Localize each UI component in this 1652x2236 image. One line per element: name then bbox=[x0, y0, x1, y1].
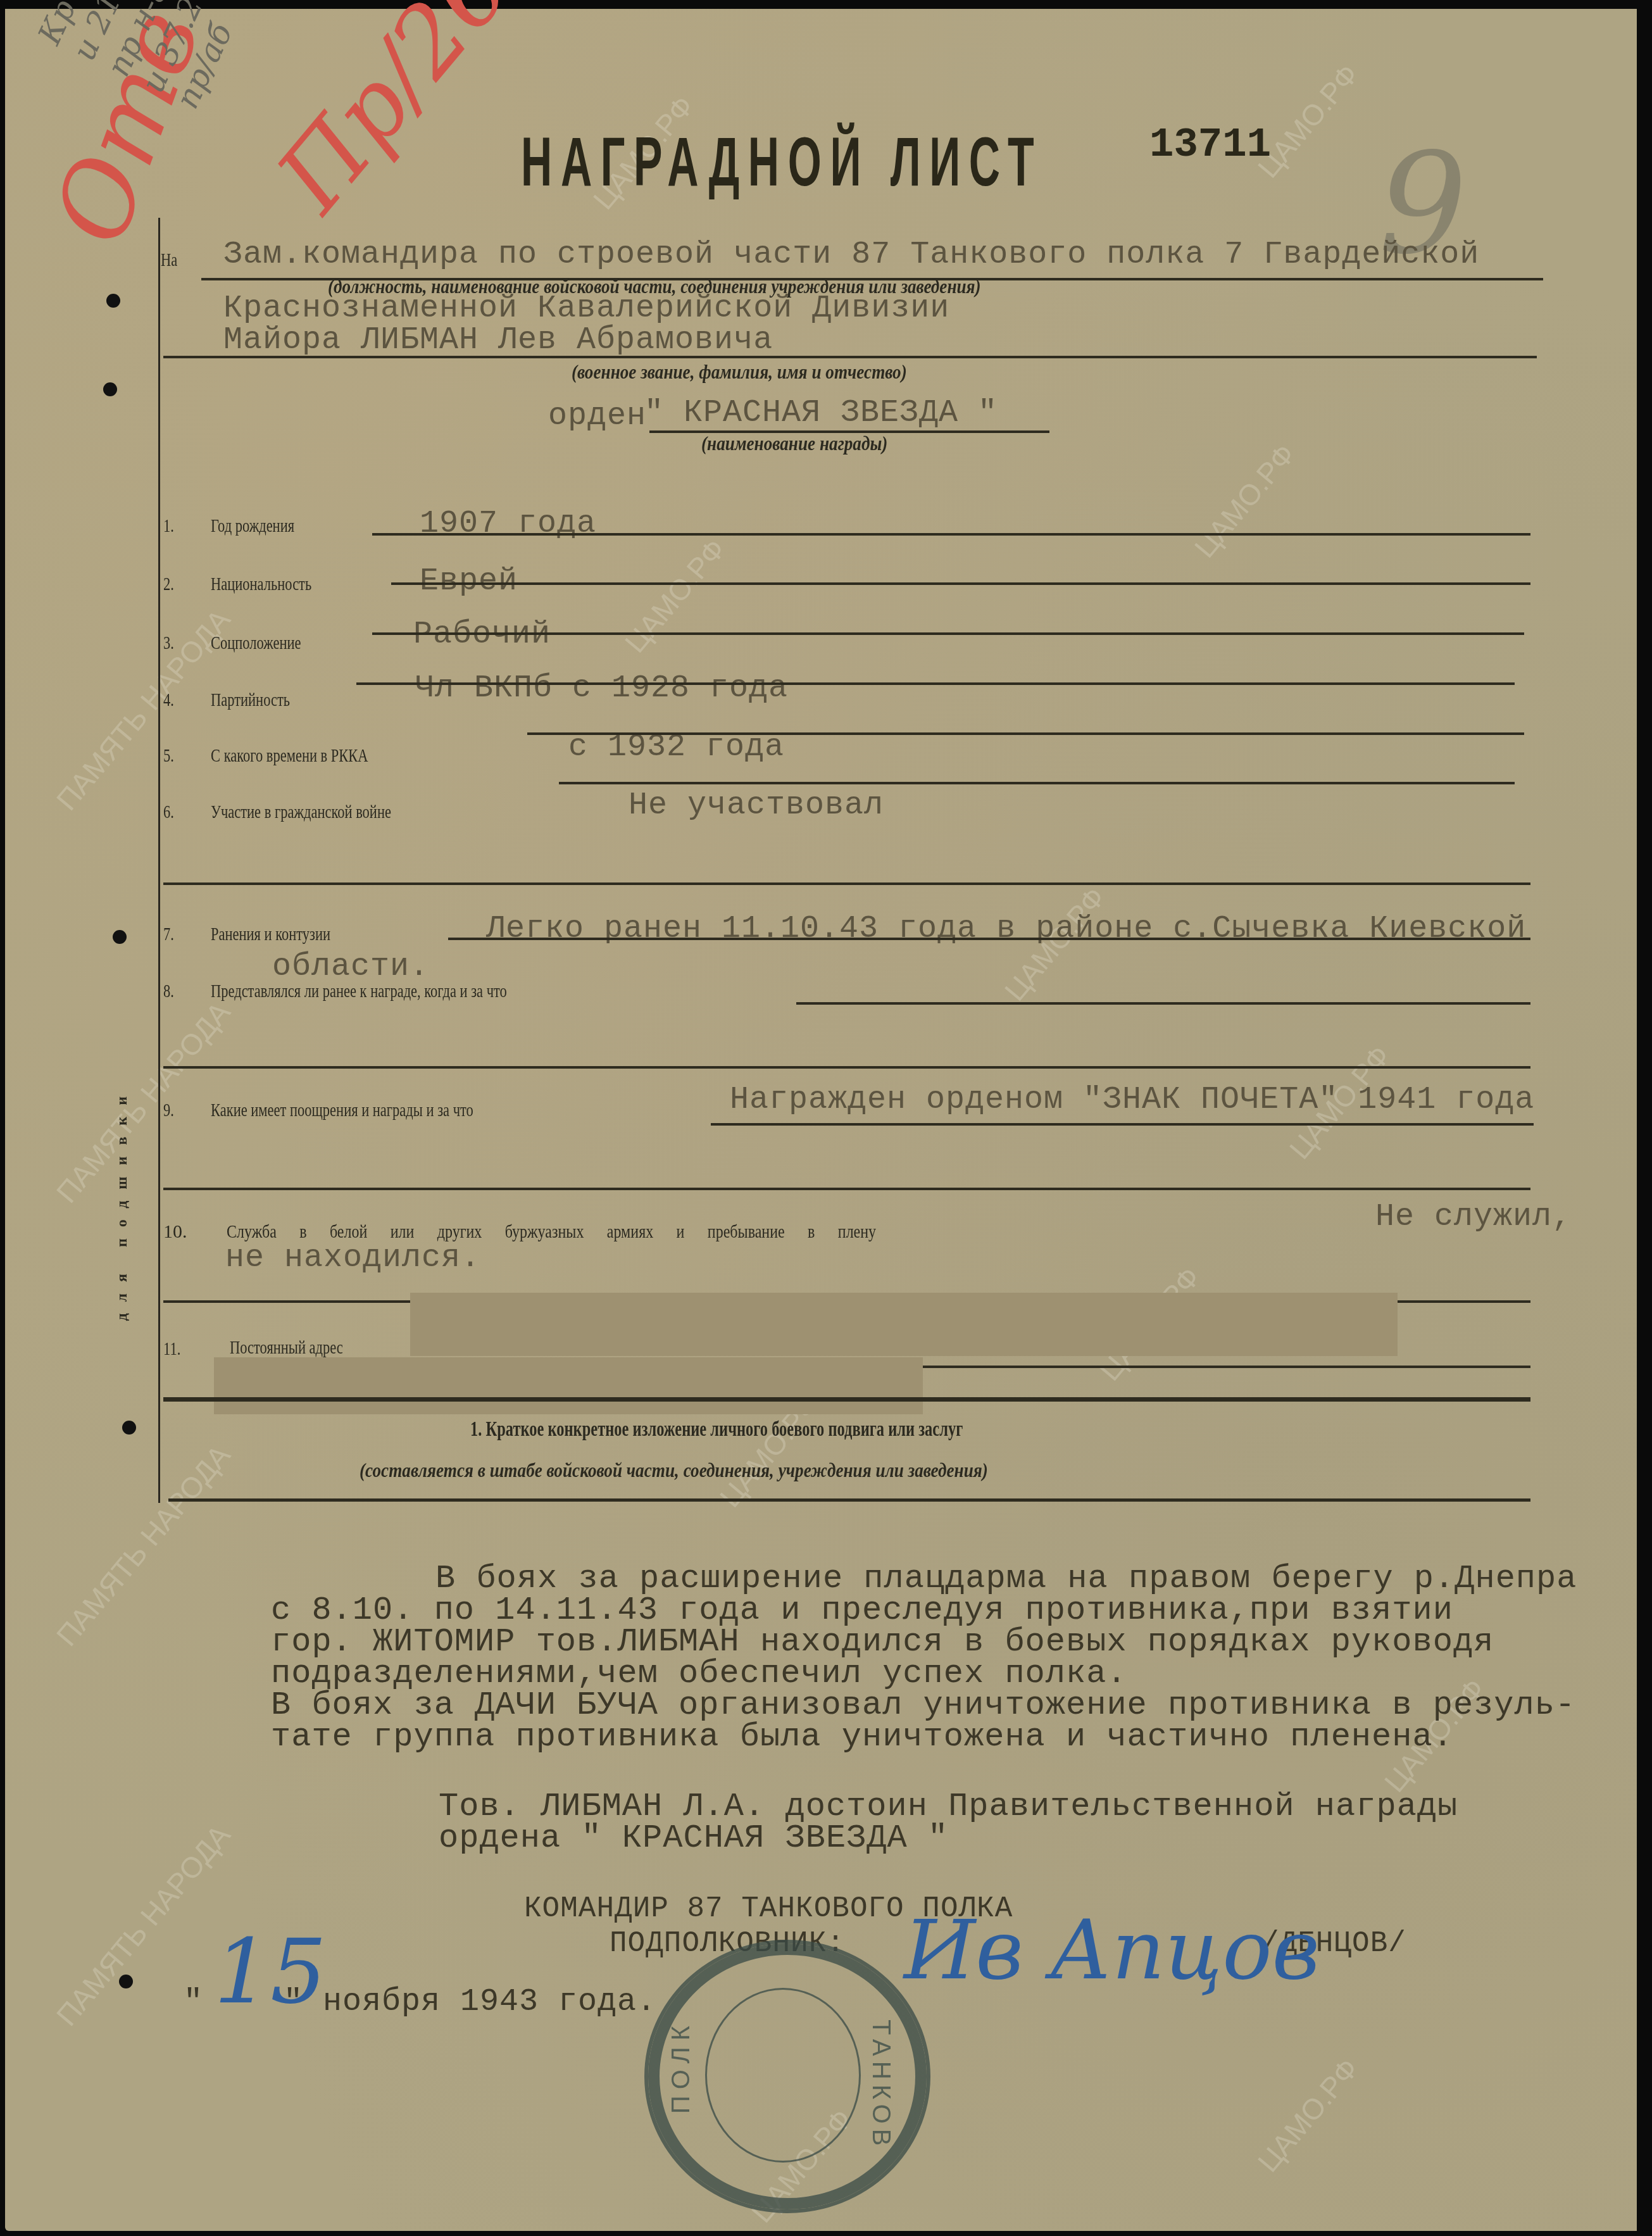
watermark: ЦАМО.РФ bbox=[1251, 2052, 1365, 2179]
red-pencil-note: Пр/26 bbox=[256, 0, 531, 232]
pencil-margin-note: Кр и 21. пр н-а и 37.2 пр/аб bbox=[30, 0, 310, 115]
field-value: 1907 года bbox=[420, 506, 596, 542]
stamp-ring-text: ТАНКОВ bbox=[867, 2019, 895, 2151]
binding-label: для подшивки bbox=[114, 1085, 131, 1321]
field-underline bbox=[391, 582, 1530, 585]
watermark-memory: ПАМЯТЬ НАРОДА bbox=[49, 603, 237, 817]
name-underline bbox=[163, 356, 1537, 358]
section-divider bbox=[168, 1498, 1530, 1502]
field-underline bbox=[163, 882, 1530, 885]
award-name: " КРАСНАЯ ЗВЕЗДА " bbox=[644, 395, 998, 431]
punch-hole bbox=[113, 930, 127, 944]
official-stamp: ПОЛК ТАНКОВ bbox=[644, 1940, 930, 2213]
field-label: Год рождения bbox=[211, 515, 294, 537]
field-underline bbox=[448, 938, 1530, 940]
section-heading: 1. Краткое конкретное изложение личного … bbox=[470, 1417, 963, 1441]
watermark-memory: ПАМЯТЬ НАРОДА bbox=[49, 1438, 237, 1652]
punch-hole bbox=[119, 1975, 133, 1988]
field-underline bbox=[372, 533, 1530, 536]
stamp-ring-text: ПОЛК bbox=[667, 2019, 696, 2114]
conclusion-text: Тов. ЛИБМАН Л.А. достоин Правительственн… bbox=[439, 1791, 1458, 1854]
field-label: Ранения и контузии bbox=[211, 924, 330, 945]
field-underline bbox=[356, 682, 1515, 685]
field-underline bbox=[559, 782, 1515, 784]
watermark-memory: ПАМЯТЬ НАРОДА bbox=[49, 995, 237, 1209]
punch-hole bbox=[103, 382, 117, 396]
field-label: Национальность bbox=[211, 574, 311, 595]
award-caption: (наименование награды) bbox=[701, 432, 887, 455]
field-label: С какого времени в РККА bbox=[211, 745, 368, 767]
field-label: Служба в белой или других буржуазных арм… bbox=[227, 1221, 876, 1243]
date-open-quote: " bbox=[184, 1984, 203, 2020]
page-title: НАГРАДНОЙ ЛИСТ bbox=[521, 122, 1042, 202]
field-value: Не служил, bbox=[1375, 1199, 1572, 1235]
sheet-number: 13711 bbox=[1149, 123, 1271, 168]
redaction-block bbox=[214, 1357, 923, 1414]
stamp-emblem bbox=[705, 1988, 861, 2163]
punch-hole bbox=[122, 1421, 136, 1435]
field-underline bbox=[163, 1066, 1530, 1069]
watermark: ЦАМО.РФ bbox=[1187, 437, 1302, 565]
field-label: Представлялся ли ранее к награде, когда … bbox=[211, 981, 507, 1002]
watermark: ЦАМО.РФ bbox=[618, 532, 732, 660]
field-value: Еврей bbox=[420, 563, 518, 600]
field-label: Постоянный адрес bbox=[230, 1337, 343, 1359]
position-line-1: Зам.командира по строевой части 87 Танко… bbox=[223, 237, 1479, 273]
field-value: Чл ВКПб с 1928 года bbox=[415, 670, 788, 707]
rank-name-line: Майора ЛИБМАН Лев Абрамовича bbox=[223, 322, 773, 358]
field-label: Какие имеет поощрения и награды и за что bbox=[211, 1100, 473, 1121]
field-underline bbox=[796, 1002, 1530, 1005]
punch-hole bbox=[106, 294, 120, 308]
field-label: Партийность bbox=[211, 689, 290, 711]
field-value: Легко ранен 11.10.43 года в районе с.Сыч… bbox=[486, 911, 1526, 947]
field-label: Участие в гражданской войне bbox=[211, 801, 391, 823]
redaction-block bbox=[410, 1293, 1398, 1356]
field-label: Соцположение bbox=[211, 632, 301, 654]
position-line-2: Краснознаменной Кавалерийской Дивизии bbox=[223, 291, 949, 327]
field-underline bbox=[711, 1123, 1534, 1126]
field-value-continued: области. bbox=[272, 949, 429, 985]
field-value-continued: не находился. bbox=[225, 1240, 480, 1276]
watermark-memory: ПАМЯТЬ НАРОДА bbox=[49, 1818, 237, 2032]
handwritten-signature: Ив Апцов bbox=[904, 1902, 1320, 1998]
field-underline bbox=[923, 1366, 1530, 1368]
section-caption: (составляется в штабе войсковой части, с… bbox=[360, 1459, 988, 1482]
field-underline bbox=[163, 1188, 1530, 1190]
field-underline bbox=[372, 632, 1524, 635]
field-value: Не участвовал bbox=[629, 788, 884, 824]
narrative-text: В боях за расширение плацдарма на правом… bbox=[271, 1563, 1577, 1753]
award-sheet: ЦАМО.РФ ЦАМО.РФ ЦАМО.РФ ЦАМО.РФ ЦАМО.РФ … bbox=[5, 9, 1637, 2231]
section-divider bbox=[163, 1397, 1530, 1402]
field-value: Награжден орденом "ЗНАК ПОЧЕТА" 1941 год… bbox=[730, 1082, 1534, 1118]
award-prefix: орден bbox=[548, 398, 646, 434]
field-underline bbox=[527, 732, 1524, 735]
date-text: " ноября 1943 года. bbox=[284, 1984, 656, 2020]
to-prefix: На bbox=[161, 249, 177, 271]
name-caption: (военное звание, фамилия, имя и отчество… bbox=[572, 360, 907, 384]
binding-margin-line bbox=[158, 218, 160, 1503]
